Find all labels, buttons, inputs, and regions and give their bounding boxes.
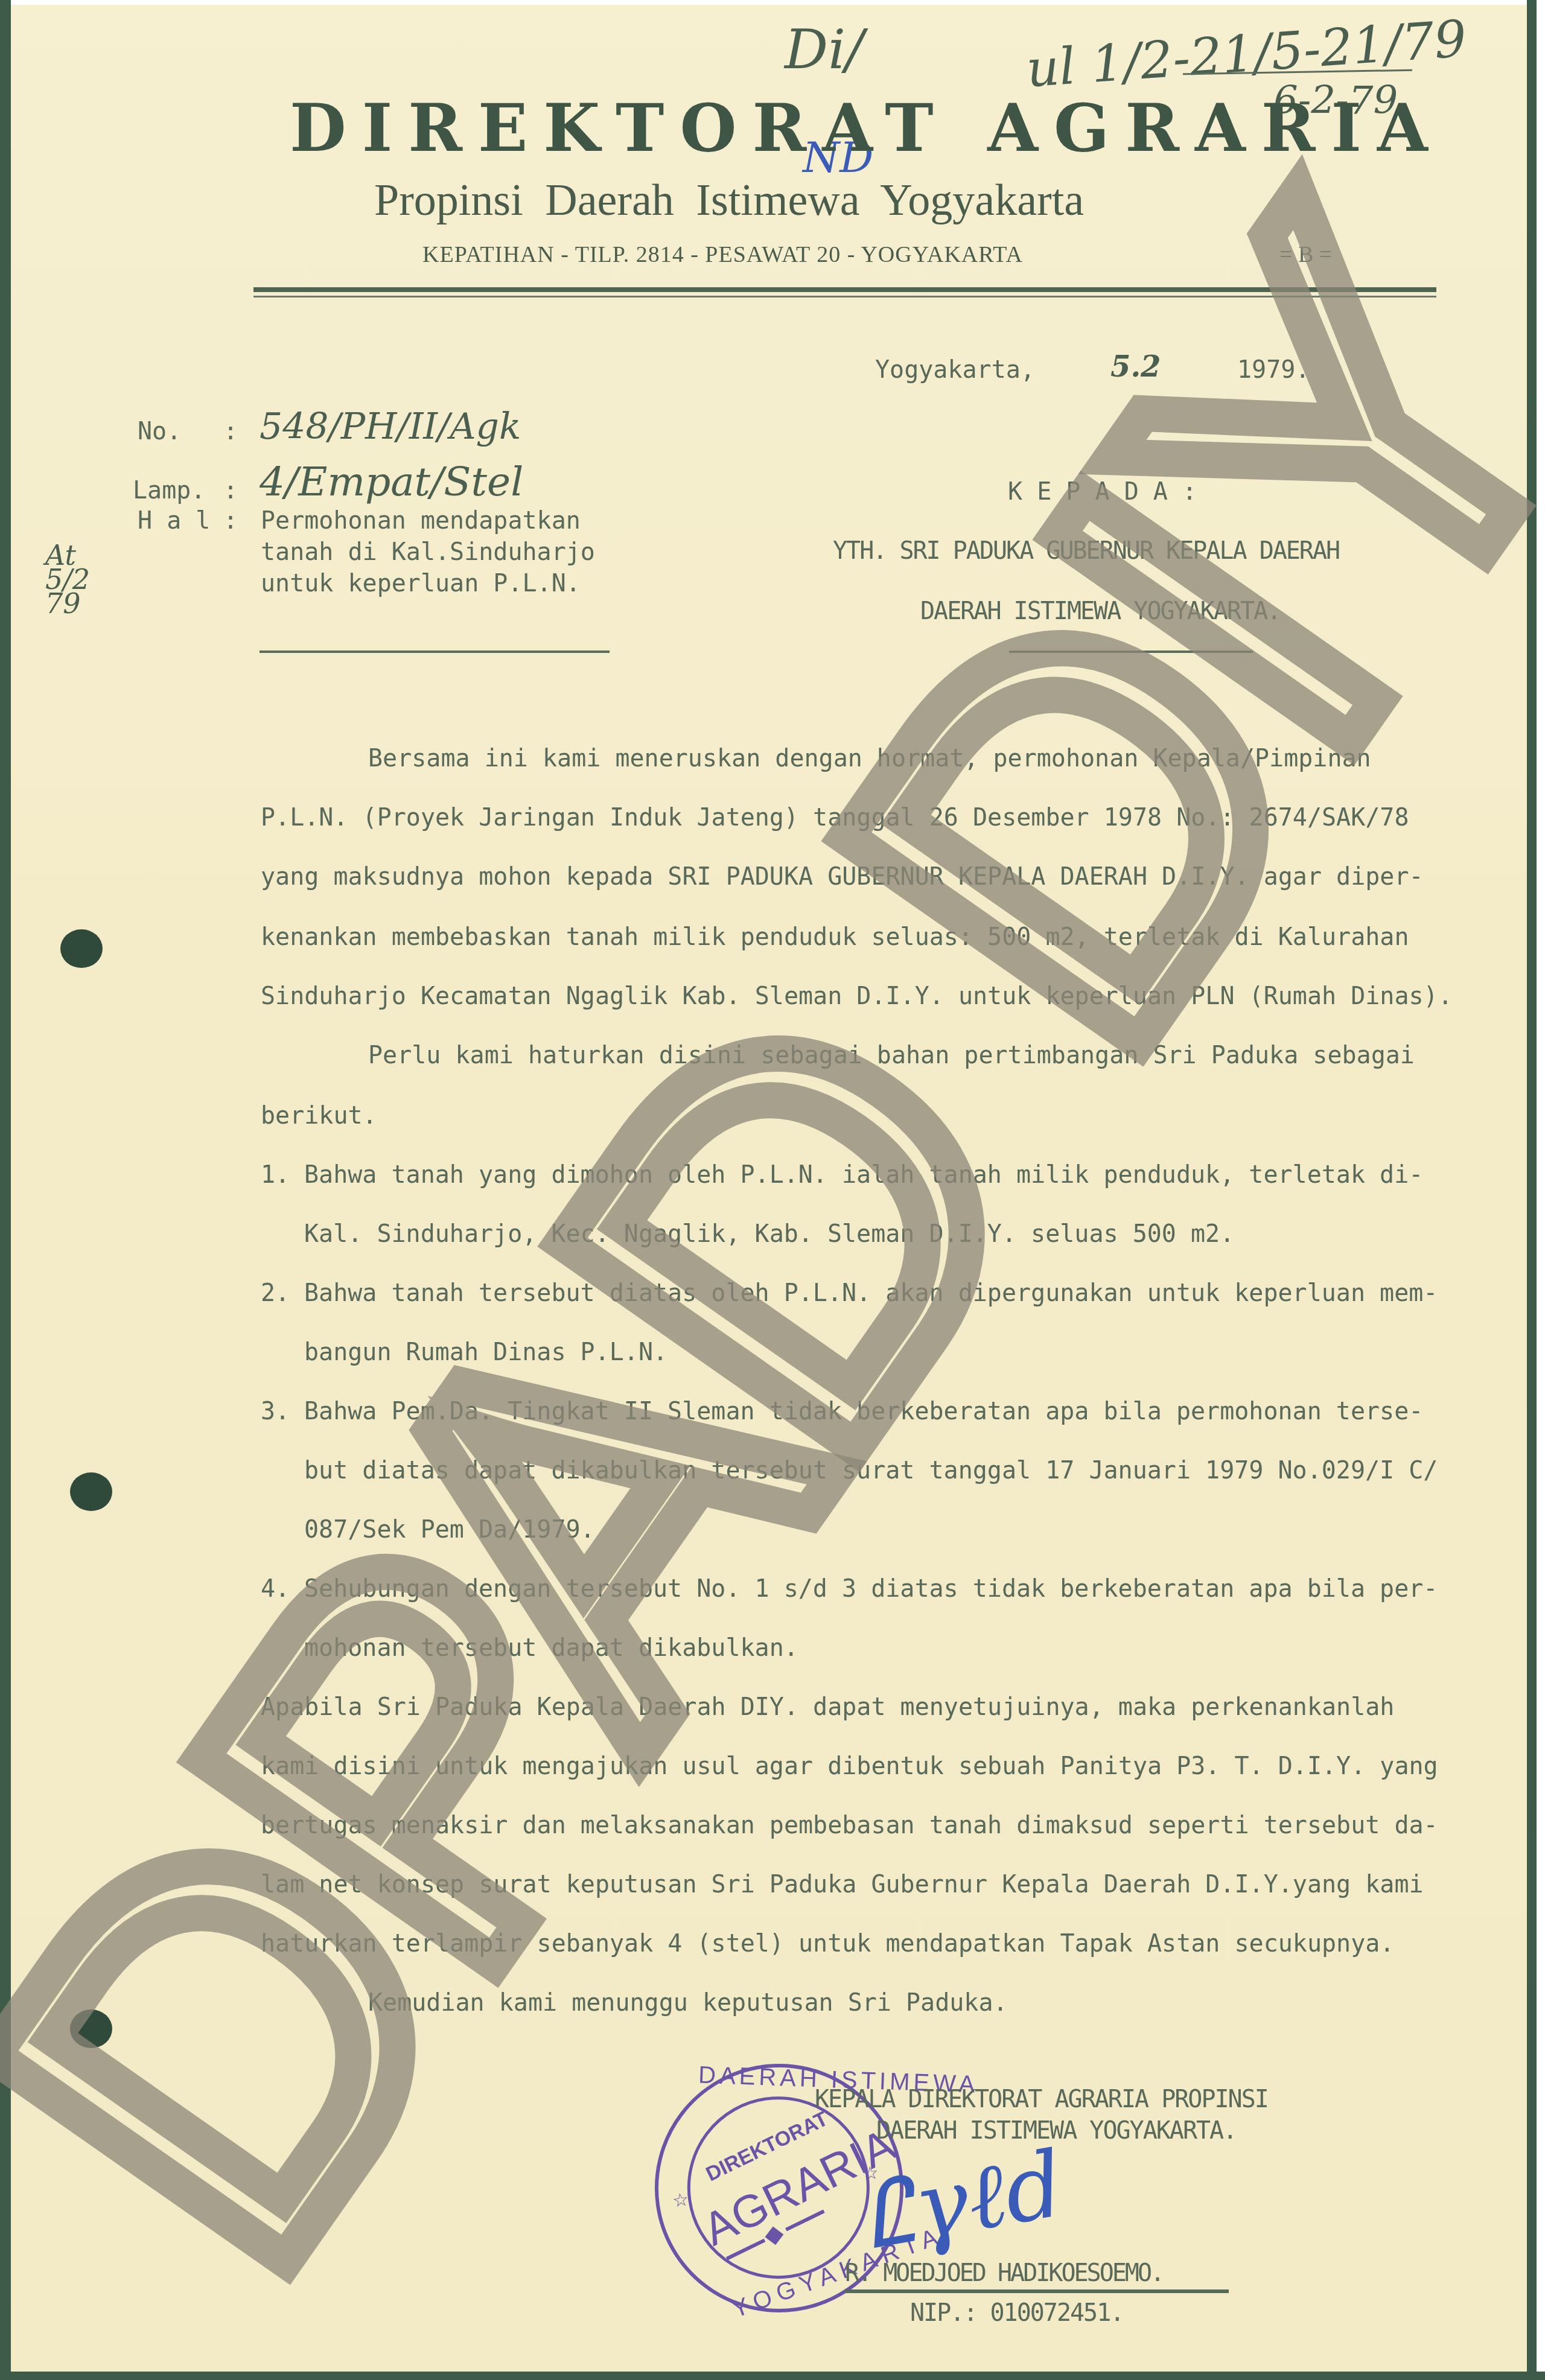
scan-left-border [0, 0, 11, 2380]
body-paragraph-line: yang maksudnya mohon kepada SRI PADUKA G… [261, 863, 1424, 891]
dateline-city: Yogyakarta, [875, 356, 1035, 384]
recipient-underline [1009, 651, 1253, 653]
meta-hal-line: untuk keperluan P.L.N. [261, 570, 581, 597]
meta-underline [260, 651, 610, 653]
letterhead-address: KEPATIHAN - TILP. 2814 - PESAWAT 20 - YO… [422, 241, 1023, 268]
body-paragraph-line: lam net konsep surat keputusan Sri Paduk… [261, 1871, 1424, 1898]
list-item-line: mohonan tersebut dapat dikabulkan. [304, 1634, 798, 1662]
signature-name: R. MOEDJOED HADIKOESOEMO. [845, 2259, 1163, 2287]
body-paragraph-line: berikut. [261, 1102, 377, 1130]
meta-lamp-value: 4/Empat/Stel [260, 459, 523, 505]
dateline-handwritten-date: 5.2 [1110, 350, 1161, 384]
letterhead-code: = B = [1279, 241, 1332, 268]
meta-colon: : [223, 477, 238, 504]
letterhead-rule [253, 287, 1436, 292]
meta-colon: : [223, 507, 238, 535]
meta-no-value: 548/PH/II/Agk [260, 406, 521, 448]
letterhead-title: DIREKTORAT AGRARIA [290, 91, 1444, 167]
meta-colon: : [223, 418, 238, 445]
meta-lamp-label: Lamp. [133, 477, 205, 504]
signature-title-line2: DAERAH ISTIMEWA YOGYAKARTA. [876, 2117, 1236, 2145]
handwritten-note-top-center: Di/ [785, 18, 864, 81]
list-item-line: Bahwa tanah tersebut diatas oleh P.L.N. … [304, 1279, 1438, 1307]
body-paragraph-line: Bersama ini kami meneruskan dengan horma… [368, 745, 1371, 772]
body-paragraph-line: Sinduharjo Kecamatan Ngaglik Kab. Sleman… [261, 982, 1453, 1010]
body-paragraph-line: P.L.N. (Proyek Jaringan Induk Jateng) ta… [261, 804, 1409, 832]
list-item-line: Kal. Sinduharjo, Kec. Ngaglik, Kab. Slem… [304, 1220, 1234, 1248]
handwritten-margin-note: At 5/2 79 [45, 543, 81, 616]
letterhead-rule-thin [253, 296, 1436, 297]
recipient-line2: DAERAH ISTIMEWA YOGYAKARTA. [920, 597, 1280, 625]
punch-hole-icon [70, 2009, 112, 2048]
list-item-line: Sehubungan dengan tersebut No. 1 s/d 3 d… [304, 1575, 1438, 1603]
body-paragraph-line: bertugas menaksir dan melaksanakan pembe… [261, 1812, 1438, 1839]
meta-hal-line: tanah di Kal.Sinduharjo [261, 538, 595, 566]
body-paragraph-line: Apabila Sri Paduka Kepala Daerah DIY. da… [261, 1693, 1394, 1721]
list-item-line: Bahwa Pem.Da. Tingkat II Sleman tidak be… [304, 1398, 1423, 1425]
list-item-number: 4. [261, 1575, 290, 1603]
list-item-line: bangun Rumah Dinas P.L.N. [304, 1338, 667, 1366]
meta-no-label: No. [138, 418, 181, 445]
list-item-number: 1. [261, 1161, 290, 1189]
list-item-line: 087/Sek Pem Da/1979. [304, 1516, 595, 1544]
recipient-line1: YTH. SRI PADUKA GUBERNUR KEPALA DAERAH [833, 537, 1339, 565]
list-item-line: but diatas dapat dikabulkan tersebut sur… [304, 1457, 1438, 1484]
punch-hole-icon [70, 1472, 112, 1511]
body-paragraph-line: kami disini untuk mengajukan usul agar d… [261, 1752, 1438, 1780]
body-paragraph-line: kenankan membebaskan tanah milik pendudu… [261, 923, 1409, 951]
punch-hole-icon [60, 929, 103, 968]
scan-bottom-border [0, 2372, 1545, 2380]
stamp-star-icon: ☆ [671, 2189, 690, 2212]
body-paragraph-line: haturkan terlampir sebanyak 4 (stel) unt… [261, 1930, 1394, 1958]
signature-nip: NIP.: 010072451. [910, 2299, 1123, 2327]
meta-hal-line: Permohonan mendapatkan [261, 507, 581, 535]
list-item-line: Bahwa tanah yang dimohon oleh P.L.N. ial… [304, 1161, 1423, 1189]
signature-name-underline [845, 2289, 1229, 2293]
list-item-number: 3. [261, 1398, 290, 1425]
scanned-document: Di/ ND ul 1/2-21/5-21/79 6-2-79 DIREKTOR… [0, 0, 1545, 2380]
scan-right-border [1527, 0, 1537, 2380]
signature-title-line1: KEPALA DIREKTORAT AGRARIA PROPINSI [815, 2086, 1268, 2113]
recipient-label: K E P A D A : [1008, 478, 1197, 506]
body-paragraph-line: Perlu kami haturkan disini sebagai bahan… [368, 1042, 1415, 1069]
list-item-number: 2. [261, 1279, 290, 1307]
meta-hal-label: H a l [138, 507, 210, 535]
letterhead-subtitle: Propinsi Daerah Istimewa Yogyakarta [374, 175, 1084, 226]
dateline-year: 1979. [1237, 356, 1310, 384]
body-paragraph-line: Kemudian kami menunggu keputusan Sri Pad… [368, 1989, 1008, 2017]
